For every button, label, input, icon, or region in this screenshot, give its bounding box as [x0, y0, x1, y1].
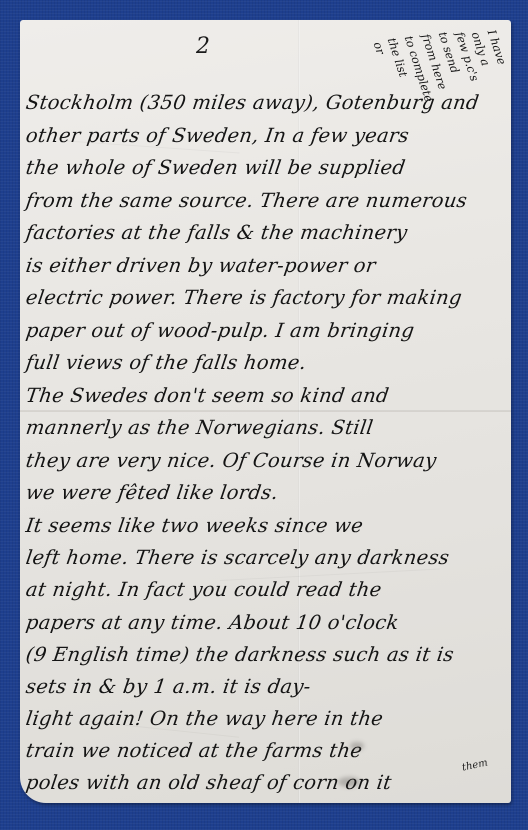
text-line: (9 English time) the darkness such as it…	[24, 640, 505, 670]
text-line: is either driven by water-power or	[24, 251, 505, 281]
text-line: train we noticed at the farms the	[24, 736, 505, 766]
ink-smudge	[338, 777, 360, 787]
letter-page: 2 I have only a few p.c's to send from h…	[20, 20, 511, 803]
text-line: full views of the falls home.	[24, 348, 505, 378]
text-line: paper out of wood-pulp. I am bringing	[24, 316, 505, 346]
text-line: The Swedes don't seem so kind and	[24, 381, 505, 411]
text-line: papers at any time. About 10 o'clock	[24, 608, 505, 638]
text-line: mannerly as the Norwegians. Still	[24, 413, 505, 443]
text-line: we were fêted like lords.	[24, 478, 505, 508]
text-line: factories at the falls & the machinery	[24, 218, 505, 248]
text-line: electric power. There is factory for mak…	[24, 283, 505, 313]
text-line: sets in & by 1 a.m. it is day-	[24, 672, 505, 702]
ink-smudge	[350, 742, 364, 750]
text-line: from the same source. There are numerous	[24, 186, 505, 216]
letter-body: Stockholm (350 miles away), Gotenburg an…	[20, 20, 511, 803]
text-line: the whole of Sweden will be supplied	[24, 153, 505, 183]
text-line: poles with an old sheaf of corn on it	[24, 768, 505, 798]
text-line: other parts of Sweden, In a few years	[24, 121, 505, 151]
text-line: light again! On the way here in the	[24, 704, 505, 734]
text-line: Stockholm (350 miles away), Gotenburg an…	[24, 88, 505, 118]
text-line: It seems like two weeks since we	[24, 511, 505, 541]
text-line: left home. There is scarcely any darknes…	[24, 543, 505, 573]
text-line: at night. In fact you could read the	[24, 575, 505, 605]
text-line: they are very nice. Of Course in Norway	[24, 446, 505, 476]
